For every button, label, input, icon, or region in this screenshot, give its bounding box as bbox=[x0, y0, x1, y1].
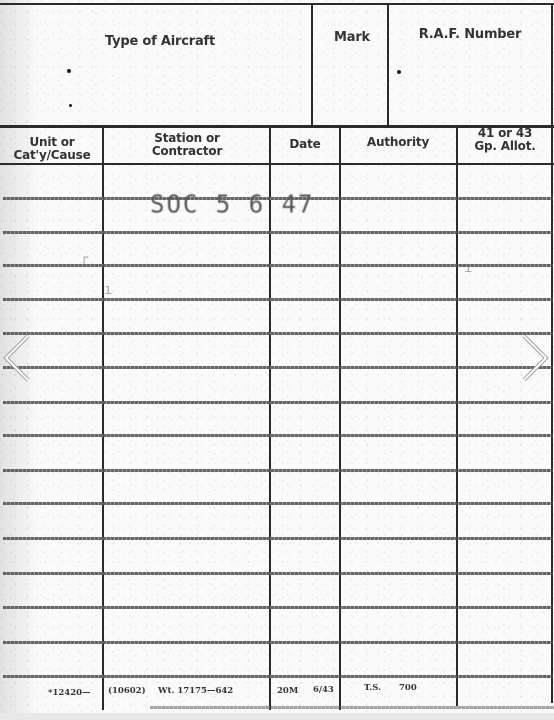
footer-ref: (10602) bbox=[108, 686, 146, 696]
divider-mark-right bbox=[387, 5, 389, 125]
border-right bbox=[551, 3, 553, 703]
ruled-line bbox=[3, 434, 553, 437]
faint-mark: ı bbox=[464, 260, 472, 276]
column-header-underline bbox=[0, 163, 554, 165]
prev-image-button[interactable] bbox=[2, 334, 32, 382]
chevron-left-icon bbox=[2, 334, 32, 382]
col-unit-line2: Cat'y/Cause bbox=[3, 149, 101, 162]
ruled-line bbox=[3, 366, 553, 369]
col-station-line2: Contractor bbox=[106, 145, 268, 158]
ruled-line bbox=[3, 298, 553, 301]
col-date-label: Date bbox=[272, 138, 338, 151]
column-divider bbox=[339, 128, 341, 710]
footer-weight: Wt. 17175—642 bbox=[158, 686, 233, 696]
col-unit: Unit or Cat'y/Cause bbox=[3, 136, 101, 162]
footer-qty: 20M bbox=[277, 686, 298, 696]
ink-speck bbox=[397, 70, 401, 74]
faint-mark: ı bbox=[104, 282, 112, 298]
ruled-line bbox=[3, 469, 553, 472]
record-card: Type of Aircraft Mark R.A.F. Number Unit… bbox=[0, 0, 554, 713]
col-station: Station or Contractor bbox=[106, 132, 268, 158]
ruled-line bbox=[3, 502, 553, 505]
footer-code: *12420— bbox=[48, 688, 91, 698]
bottom-line bbox=[150, 706, 554, 709]
ruled-line bbox=[3, 332, 553, 335]
next-image-button[interactable] bbox=[520, 334, 550, 382]
entry-soc: SOC 5 6 47 bbox=[150, 189, 315, 218]
ruled-line bbox=[3, 537, 553, 540]
divider-mark-left bbox=[311, 5, 313, 125]
ink-speck bbox=[67, 69, 71, 73]
ink-speck bbox=[69, 104, 72, 107]
col-authority: Authority bbox=[342, 136, 454, 149]
ruled-line bbox=[3, 401, 553, 404]
ruled-line bbox=[3, 231, 553, 234]
col-date: Date bbox=[272, 138, 338, 151]
column-divider bbox=[456, 128, 458, 706]
col-gp-allot-line2: Gp. Allot. bbox=[459, 140, 551, 153]
border-top bbox=[0, 3, 554, 5]
label-type-of-aircraft: Type of Aircraft bbox=[60, 34, 260, 49]
ruled-line bbox=[3, 641, 553, 644]
label-raf-number: R.A.F. Number bbox=[400, 27, 540, 42]
col-gp-allot: 41 or 43 Gp. Allot. bbox=[459, 127, 551, 153]
footer-ts: T.S. bbox=[364, 683, 381, 693]
footer-date: 6/43 bbox=[313, 685, 334, 695]
column-divider bbox=[102, 128, 104, 710]
label-mark: Mark bbox=[322, 30, 382, 45]
ruled-line bbox=[3, 572, 553, 575]
chevron-right-icon bbox=[520, 334, 550, 382]
faint-mark: ┌ bbox=[80, 250, 88, 266]
ruled-line bbox=[3, 675, 553, 678]
ruled-line bbox=[3, 606, 553, 609]
footer-num: 700 bbox=[399, 683, 417, 693]
col-authority-label: Authority bbox=[342, 136, 454, 149]
